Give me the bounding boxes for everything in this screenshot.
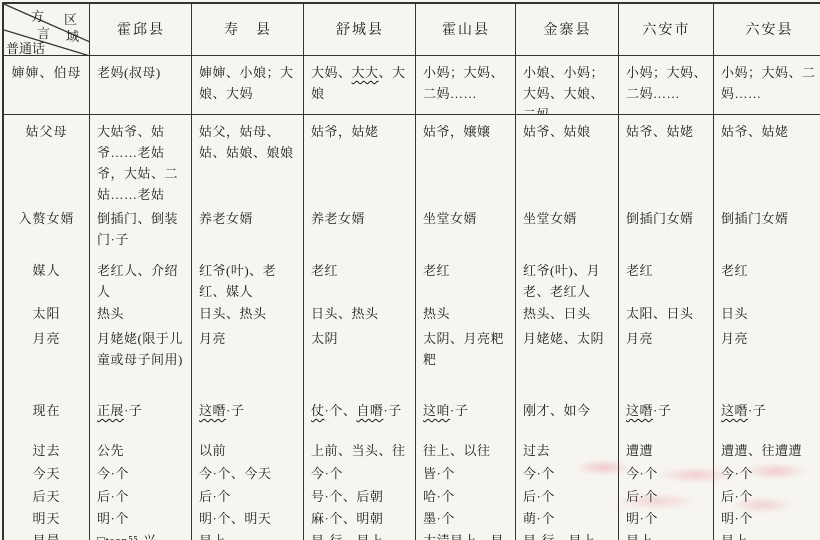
table-cell-dialect-term: 倒插门女婿: [619, 202, 714, 254]
table-cell-dialect-term: 刚才、如今: [516, 394, 619, 434]
table-cell-dialect-term: 大清早上、早: [416, 524, 516, 540]
dialect-char-underline: 麻: [311, 511, 325, 524]
table-cell-dialect-term: 后·个: [619, 480, 714, 502]
table-cell-dialect-term: 老红: [416, 254, 516, 297]
row-label-putonghua-term: 明天: [4, 502, 90, 524]
table-cell-dialect-term: 日头、热头: [304, 297, 416, 322]
table-cell-dialect-term: 热头、日头: [516, 297, 619, 322]
table-cell-dialect-term: 大妈、大大、大娘: [304, 56, 416, 115]
row-label-putonghua-term: 姑父母: [4, 115, 90, 202]
table-cell-dialect-term: 姑父，姑母、姑、姑娘、娘娘: [192, 115, 304, 202]
table-cell-dialect-term: 今·个: [304, 457, 416, 480]
header-cell-county: 寿 县: [192, 4, 304, 56]
table-cell-dialect-term: 养老女婿: [304, 202, 416, 254]
table-cell-dialect-term: 红爷(叶)、老红、媒人: [192, 254, 304, 297]
table-cell-dialect-term: 早上: [192, 524, 304, 540]
table-cell-dialect-term: 姑爷，嬢嬢: [416, 115, 516, 202]
dialect-table: 方 区 言 域 普通话 霍邱县寿 县舒城县霍山县金寨县六安市六安县婶婶、伯母老妈…: [2, 2, 820, 540]
table-cell-dialect-term: 遭遭: [619, 434, 714, 457]
table-cell-dialect-term: 明·个: [90, 502, 192, 524]
dialect-char-underline: 这噆: [199, 403, 226, 418]
row-label-putonghua-term: 婶婶、伯母: [4, 56, 90, 115]
table-cell-dialect-term: 哈·个: [416, 480, 516, 502]
table-cell-dialect-term: 小妈；大妈、二妈……: [416, 56, 516, 115]
table-cell-dialect-term: 公先: [90, 434, 192, 457]
table-cell-dialect-term: 今·个: [619, 457, 714, 480]
row-label-putonghua-term: 早晨: [4, 524, 90, 540]
header-cell-county: 霍山县: [416, 4, 516, 56]
table-cell-dialect-term: 老红: [619, 254, 714, 297]
table-cell-dialect-term: 婶婶、小娘；大娘、大妈: [192, 56, 304, 115]
table-cell-dialect-term: 姑爷，姑姥: [304, 115, 416, 202]
table-cell-dialect-term: 号·个、后朝: [304, 480, 416, 502]
table-cell-dialect-term: 倒插门女婿: [714, 202, 820, 254]
table-cell-dialect-term: 今·个: [516, 457, 619, 480]
table-cell-dialect-term: 早上: [714, 524, 820, 540]
table-cell-dialect-term: 小娘、小妈；大妈、大娘、二妈……: [516, 56, 619, 115]
row-label-putonghua-term: 今天: [4, 457, 90, 480]
dialect-char-underline: 哈: [423, 489, 437, 502]
table-cell-dialect-term: 往上、以往: [416, 434, 516, 457]
header-cell-county: 霍邱县: [90, 4, 192, 56]
table-cell-dialect-term: 仗·个、自噆·子: [304, 394, 416, 434]
table-cell-dialect-term: 这噆·子: [619, 394, 714, 434]
row-label-putonghua-term: 过去: [4, 434, 90, 457]
table-cell-dialect-term: 今·个: [714, 457, 820, 480]
table-cell-dialect-term: 月亮: [714, 322, 820, 394]
dialect-char-underline: 仗: [311, 403, 325, 418]
table-cell-dialect-term: 热头: [416, 297, 516, 322]
table-cell-dialect-term: 倒插门、倒装门·子: [90, 202, 192, 254]
table-cell-dialect-term: 红爷(叶)、月老、老红人: [516, 254, 619, 297]
dialect-char-underline: 墨: [423, 511, 437, 524]
header-cell-county: 六安县: [714, 4, 820, 56]
corner-label-yu: 域: [66, 26, 79, 47]
table-cell-dialect-term: 今·个、今天: [192, 457, 304, 480]
table-cell-dialect-term: 姑爷、姑姥: [714, 115, 820, 202]
table-cell-dialect-term: 墨·个: [416, 502, 516, 524]
table-cell-dialect-term: 今·个: [90, 457, 192, 480]
row-label-putonghua-term: 月亮: [4, 322, 90, 394]
table-cell-dialect-term: 月亮: [192, 322, 304, 394]
table-cell-dialect-term: 月姥姥、太阴: [516, 322, 619, 394]
table-cell-dialect-term: 坐堂女婿: [516, 202, 619, 254]
scanned-dialect-table-page: 方 区 言 域 普通话 霍邱县寿 县舒城县霍山县金寨县六安市六安县婶婶、伯母老妈…: [0, 0, 820, 540]
table-cell-dialect-term: 姑爷、姑娘: [516, 115, 619, 202]
table-cell-dialect-term: 太阴: [304, 322, 416, 394]
table-cell-dialect-term: 后·个: [90, 480, 192, 502]
dialect-char-underline: 皆: [423, 466, 437, 480]
dialect-char-underline: 自噆: [356, 403, 383, 418]
table-cell-dialect-term: 明·个、明天: [192, 502, 304, 524]
table-cell-dialect-term: 萌·个: [516, 502, 619, 524]
table-cell-dialect-term: 老妈(叔母): [90, 56, 192, 115]
table-cell-dialect-term: 麻·个、明朝: [304, 502, 416, 524]
table-cell-dialect-term: 热头: [90, 297, 192, 322]
table-cell-dialect-term: 明·个: [714, 502, 820, 524]
row-label-putonghua-term: 媒人: [4, 254, 90, 297]
table-cell-dialect-term: 坐堂女婿: [416, 202, 516, 254]
table-cell-dialect-term: 月姥姥(限于儿童或母子间用): [90, 322, 192, 394]
row-label-putonghua-term: 现在: [4, 394, 90, 434]
table-cell-dialect-term: 这噆·子: [192, 394, 304, 434]
table-cell-dialect-term: 老红人、介绍人: [90, 254, 192, 297]
table-cell-dialect-term: 大姑爷、姑爷……老姑爷，大姑、二姑……老姑: [90, 115, 192, 202]
dialect-char-underline: 大大: [352, 65, 379, 80]
table-cell-dialect-term: 这咱·子: [416, 394, 516, 434]
dialect-char-underline: 公先: [97, 443, 124, 457]
table-cell-dialect-term: 养老女婿: [192, 202, 304, 254]
header-cell-county: 舒城县: [304, 4, 416, 56]
dialect-char-underline: 这咱: [423, 403, 450, 418]
table-cell-dialect-term: 日头、热头: [192, 297, 304, 322]
table-cell-dialect-term: 早·行、早上: [304, 524, 416, 540]
table-cell-dialect-term: 老红: [714, 254, 820, 297]
table-cell-dialect-term: 后·个: [192, 480, 304, 502]
table-cell-dialect-term: 明·个: [619, 502, 714, 524]
table-cell-dialect-term: 后·个: [516, 480, 619, 502]
header-cell-county: 六安市: [619, 4, 714, 56]
dialect-char-underline: 遭遭: [626, 443, 653, 457]
dialect-char-underline: 萌: [523, 511, 537, 524]
table-cell-dialect-term: 姑爷、姑姥: [619, 115, 714, 202]
table-cell-dialect-term: 月亮: [619, 322, 714, 394]
corner-header-cell: 方 区 言 域 普通话: [4, 4, 90, 56]
table-cell-dialect-term: 早上: [619, 524, 714, 540]
header-cell-county: 金寨县: [516, 4, 619, 56]
corner-label-putonghua: 普通话: [6, 38, 45, 56]
row-label-putonghua-term: 后天: [4, 480, 90, 502]
dialect-char-underline: 这噆: [721, 403, 748, 418]
table-cell-dialect-term: 遭遭、往遭遭: [714, 434, 820, 457]
table-cell-dialect-term: 皆·个: [416, 457, 516, 480]
table-cell-dialect-term: 老红: [304, 254, 416, 297]
table-cell-dialect-term: 太阳、日头: [619, 297, 714, 322]
row-label-putonghua-term: 入赘女婿: [4, 202, 90, 254]
table-cell-dialect-term: 这噆·子: [714, 394, 820, 434]
table-cell-dialect-term: 过去: [516, 434, 619, 457]
dialect-char-underline: 这噆: [626, 403, 653, 418]
table-cell-dialect-term: □tsaŋ⁵⁵·兴: [90, 524, 192, 540]
dialect-char-underline: 遭遭: [775, 443, 802, 457]
dialect-char-underline: 遭遭: [721, 443, 748, 457]
row-label-putonghua-term: 太阳: [4, 297, 90, 322]
table-cell-dialect-term: 小妈；大妈、二妈……: [714, 56, 820, 115]
dialect-char-underline: 正展: [97, 403, 124, 418]
table-cell-dialect-term: 日头: [714, 297, 820, 322]
table-cell-dialect-term: 正展·子: [90, 394, 192, 434]
dialect-char-underline: 号: [311, 489, 325, 502]
table-cell-dialect-term: 早·行、早上: [516, 524, 619, 540]
table-cell-dialect-term: 小妈；大妈、二妈……: [619, 56, 714, 115]
table-cell-dialect-term: 太阴、月亮粑粑: [416, 322, 516, 394]
table-cell-dialect-term: 上前、当头、往上: [304, 434, 416, 457]
table-cell-dialect-term: 以前: [192, 434, 304, 457]
table-cell-dialect-term: 后·个: [714, 480, 820, 502]
